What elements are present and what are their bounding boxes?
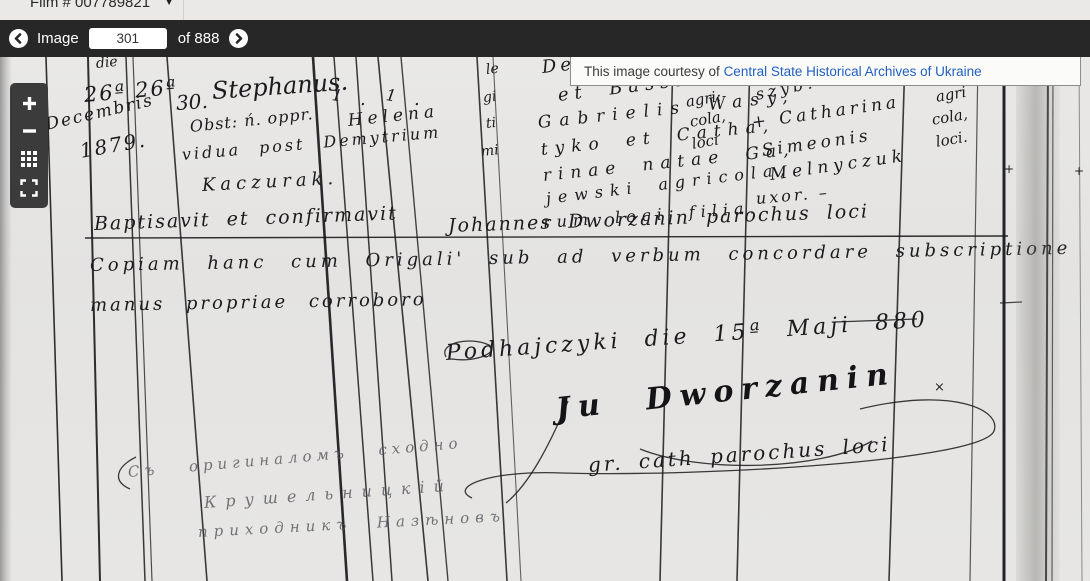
handwriting-text: 1879. [78, 129, 148, 160]
archive-image-viewer: die26ª 26ªDecembris1879.30.Stephanus.Obs… [0, 0, 1090, 581]
film-selector[interactable]: Film # 007789821 ▼ [30, 0, 174, 11]
image-label: Image [37, 30, 79, 47]
chevron-right-icon [233, 33, 244, 44]
courtesy-text: This image courtesy of [584, 64, 724, 79]
handwriting-text: ti [485, 116, 497, 131]
image-total-label: of 888 [178, 30, 220, 47]
handwriting-text: Podhajczyki die 15ª Maji 880 [445, 309, 929, 365]
register-rule-line [1046, 57, 1048, 581]
document-scan[interactable]: die26ª 26ªDecembris1879.30.Stephanus.Obs… [0, 57, 1090, 581]
image-nav-toolbar: Image of 888 [0, 20, 1090, 57]
register-rule-line [1052, 57, 1053, 581]
zoom-controls [10, 83, 48, 208]
handwriting-text: + [1074, 165, 1084, 177]
handwriting-text: Ju Dworzanin [554, 359, 897, 425]
handwriting-text: приходникъ Назѣновъ [198, 509, 507, 540]
zoom-out-button[interactable] [12, 118, 46, 144]
handwriting-text: + [1004, 163, 1014, 175]
handwriting-text: le [485, 62, 499, 77]
plus-icon [21, 95, 38, 112]
courtesy-tooltip: This image courtesy of Central State His… [570, 57, 1081, 86]
topbar-separator [183, 0, 184, 20]
archive-link[interactable]: Central State Historical Archives of Ukr… [724, 64, 982, 79]
handwriting-text: Johannes Dworzanin parochus loci [448, 202, 870, 236]
handwriting-text: 30. [175, 91, 208, 113]
handwriting-text: mi [480, 143, 499, 159]
handwriting-text: 1 [385, 87, 397, 104]
handwriting-text: gr. cath parochus loci [587, 434, 891, 475]
minus-icon [21, 127, 38, 135]
handwriting-text: cola, [931, 107, 969, 128]
handwriting-text: Stephanus. [211, 70, 349, 103]
handwriting-text: . [414, 91, 420, 109]
handwriting-text: loci. [935, 130, 969, 150]
handwriting-text: loci [691, 132, 720, 151]
handwriting-text: die [95, 57, 118, 71]
handwriting-layer: die26ª 26ªDecembris1879.30.Stephanus.Obs… [0, 57, 1090, 581]
handwriting-text: Крушельницкій [203, 478, 453, 511]
film-caret-icon: ▼ [164, 0, 174, 8]
handwriting-text: Съ оригиналомъ сходно [127, 436, 463, 480]
handwriting-text: Baptisavit et confirmavit [94, 204, 398, 234]
handwriting-text: manus propriae corroboro [90, 291, 427, 315]
chevron-left-icon [13, 33, 24, 44]
handwriting-text: . [360, 91, 366, 109]
handwriting-text: 1 [331, 87, 343, 104]
handwriting-text: agri [935, 85, 968, 105]
grid-view-icon [21, 151, 38, 168]
handwriting-text: gi [482, 90, 497, 105]
next-image-button[interactable] [229, 29, 248, 48]
image-number-input[interactable] [89, 28, 167, 49]
film-selector-bar: Film # 007789821 ▼ [0, 0, 1090, 20]
handwriting-text: Kaczurak. [202, 170, 339, 195]
fullscreen-button[interactable] [12, 175, 46, 201]
grid-view-button[interactable] [12, 147, 46, 173]
fullscreen-icon [20, 179, 38, 197]
zoom-in-button[interactable] [12, 90, 46, 116]
handwriting-text: × [934, 381, 945, 394]
prev-image-button[interactable] [9, 29, 28, 48]
film-label: Film # 007789821 [30, 0, 150, 11]
handwriting-text: Copiam hanc cum Origali' sub ad verbum c… [90, 240, 1072, 275]
